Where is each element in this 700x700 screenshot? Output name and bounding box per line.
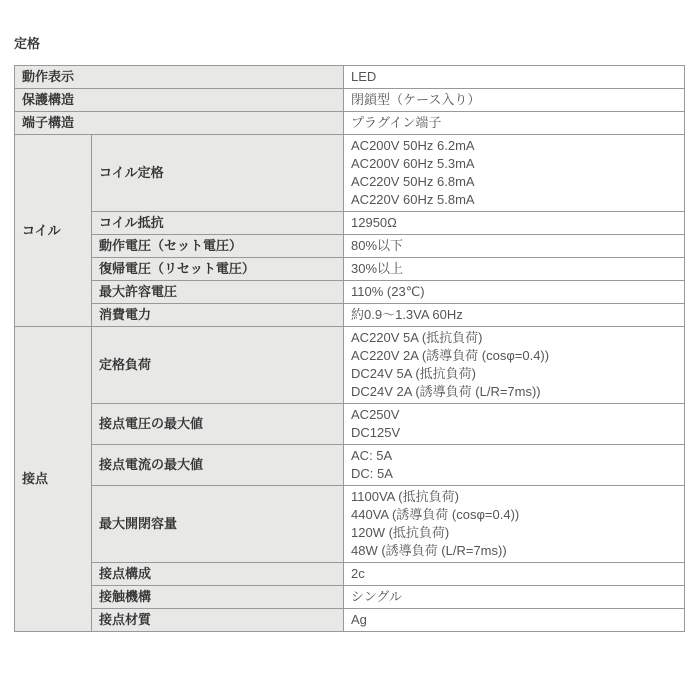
row-value: 約0.9～1.3VA 60Hz: [344, 304, 685, 327]
value-line: AC200V 60Hz 5.3mA: [351, 155, 677, 173]
row-label: 消費電力: [92, 304, 344, 327]
value-line: 120W (抵抗負荷): [351, 524, 677, 542]
value-line: AC250V: [351, 406, 677, 424]
spec-row: 保護構造閉鎖型（ケース入り）: [15, 89, 685, 112]
spec-row: 接点定格負荷AC220V 5A (抵抗負荷)AC220V 2A (誘導負荷 (c…: [15, 327, 685, 404]
spec-table: 動作表示LED保護構造閉鎖型（ケース入り）端子構造プラグイン端子コイルコイル定格…: [14, 65, 685, 632]
row-value: 110% (23℃): [344, 281, 685, 304]
row-label: 最大許容電圧: [92, 281, 344, 304]
row-label: コイル抵抗: [92, 212, 344, 235]
row-value: 80%以下: [344, 235, 685, 258]
value-line: DC125V: [351, 424, 677, 442]
row-value: AC: 5ADC: 5A: [344, 445, 685, 486]
row-label: 動作表示: [15, 66, 344, 89]
row-label: コイル定格: [92, 135, 344, 212]
value-line: DC24V 2A (誘導負荷 (L/R=7ms)): [351, 383, 677, 401]
row-value: AC220V 5A (抵抗負荷)AC220V 2A (誘導負荷 (cosφ=0.…: [344, 327, 685, 404]
spec-row: 最大許容電圧110% (23℃): [15, 281, 685, 304]
row-label: 最大開閉容量: [92, 486, 344, 563]
row-label: 接点構成: [92, 563, 344, 586]
row-label: 復帰電圧（リセット電圧）: [92, 258, 344, 281]
spec-table-body: 動作表示LED保護構造閉鎖型（ケース入り）端子構造プラグイン端子コイルコイル定格…: [15, 66, 685, 632]
row-value: AC250VDC125V: [344, 404, 685, 445]
spec-row: 端子構造プラグイン端子: [15, 112, 685, 135]
row-value: AC200V 50Hz 6.2mAAC200V 60Hz 5.3mAAC220V…: [344, 135, 685, 212]
row-value: Ag: [344, 609, 685, 632]
spec-row: 復帰電圧（リセット電圧）30%以上: [15, 258, 685, 281]
row-value: 2c: [344, 563, 685, 586]
row-value: 閉鎖型（ケース入り）: [344, 89, 685, 112]
row-label: 接点材質: [92, 609, 344, 632]
spec-row: 動作表示LED: [15, 66, 685, 89]
group-header: 接点: [15, 327, 92, 632]
value-line: AC200V 50Hz 6.2mA: [351, 137, 677, 155]
spec-row: コイル抵抗12950Ω: [15, 212, 685, 235]
spec-row: 接触機構シングル: [15, 586, 685, 609]
row-value: 12950Ω: [344, 212, 685, 235]
spec-row: 消費電力約0.9～1.3VA 60Hz: [15, 304, 685, 327]
spec-row: 接点材質Ag: [15, 609, 685, 632]
value-line: AC220V 50Hz 6.8mA: [351, 173, 677, 191]
row-label: 端子構造: [15, 112, 344, 135]
value-line: 30%以上: [351, 260, 677, 278]
row-label: 接点電流の最大値: [92, 445, 344, 486]
row-label: 保護構造: [15, 89, 344, 112]
value-line: 80%以下: [351, 237, 677, 255]
value-line: 110% (23℃): [351, 283, 677, 301]
value-line: AC220V 60Hz 5.8mA: [351, 191, 677, 209]
value-line: シングル: [351, 588, 677, 606]
spec-row: 接点電流の最大値AC: 5ADC: 5A: [15, 445, 685, 486]
spec-row: 接点電圧の最大値AC250VDC125V: [15, 404, 685, 445]
row-value: シングル: [344, 586, 685, 609]
value-line: AC220V 2A (誘導負荷 (cosφ=0.4)): [351, 347, 677, 365]
value-line: 440VA (誘導負荷 (cosφ=0.4)): [351, 506, 677, 524]
spec-row: 最大開閉容量1100VA (抵抗負荷)440VA (誘導負荷 (cosφ=0.4…: [15, 486, 685, 563]
spec-row: 動作電圧（セット電圧）80%以下: [15, 235, 685, 258]
group-header: コイル: [15, 135, 92, 327]
page-title: 定格: [14, 36, 686, 52]
row-label: 定格負荷: [92, 327, 344, 404]
row-value: LED: [344, 66, 685, 89]
value-line: DC: 5A: [351, 465, 677, 483]
page: 定格 動作表示LED保護構造閉鎖型（ケース入り）端子構造プラグイン端子コイルコイ…: [0, 0, 700, 632]
value-line: AC: 5A: [351, 447, 677, 465]
row-value: プラグイン端子: [344, 112, 685, 135]
spec-row: 接点構成2c: [15, 563, 685, 586]
row-value: 1100VA (抵抗負荷)440VA (誘導負荷 (cosφ=0.4))120W…: [344, 486, 685, 563]
row-value: 30%以上: [344, 258, 685, 281]
row-label: 接点電圧の最大値: [92, 404, 344, 445]
value-line: Ag: [351, 611, 677, 629]
value-line: 12950Ω: [351, 214, 677, 232]
row-label: 動作電圧（セット電圧）: [92, 235, 344, 258]
value-line: 約0.9～1.3VA 60Hz: [351, 306, 677, 324]
spec-row: コイルコイル定格AC200V 50Hz 6.2mAAC200V 60Hz 5.3…: [15, 135, 685, 212]
value-line: 1100VA (抵抗負荷): [351, 488, 677, 506]
value-line: 48W (誘導負荷 (L/R=7ms)): [351, 542, 677, 560]
value-line: AC220V 5A (抵抗負荷): [351, 329, 677, 347]
value-line: 2c: [351, 565, 677, 583]
value-line: DC24V 5A (抵抗負荷): [351, 365, 677, 383]
row-label: 接触機構: [92, 586, 344, 609]
